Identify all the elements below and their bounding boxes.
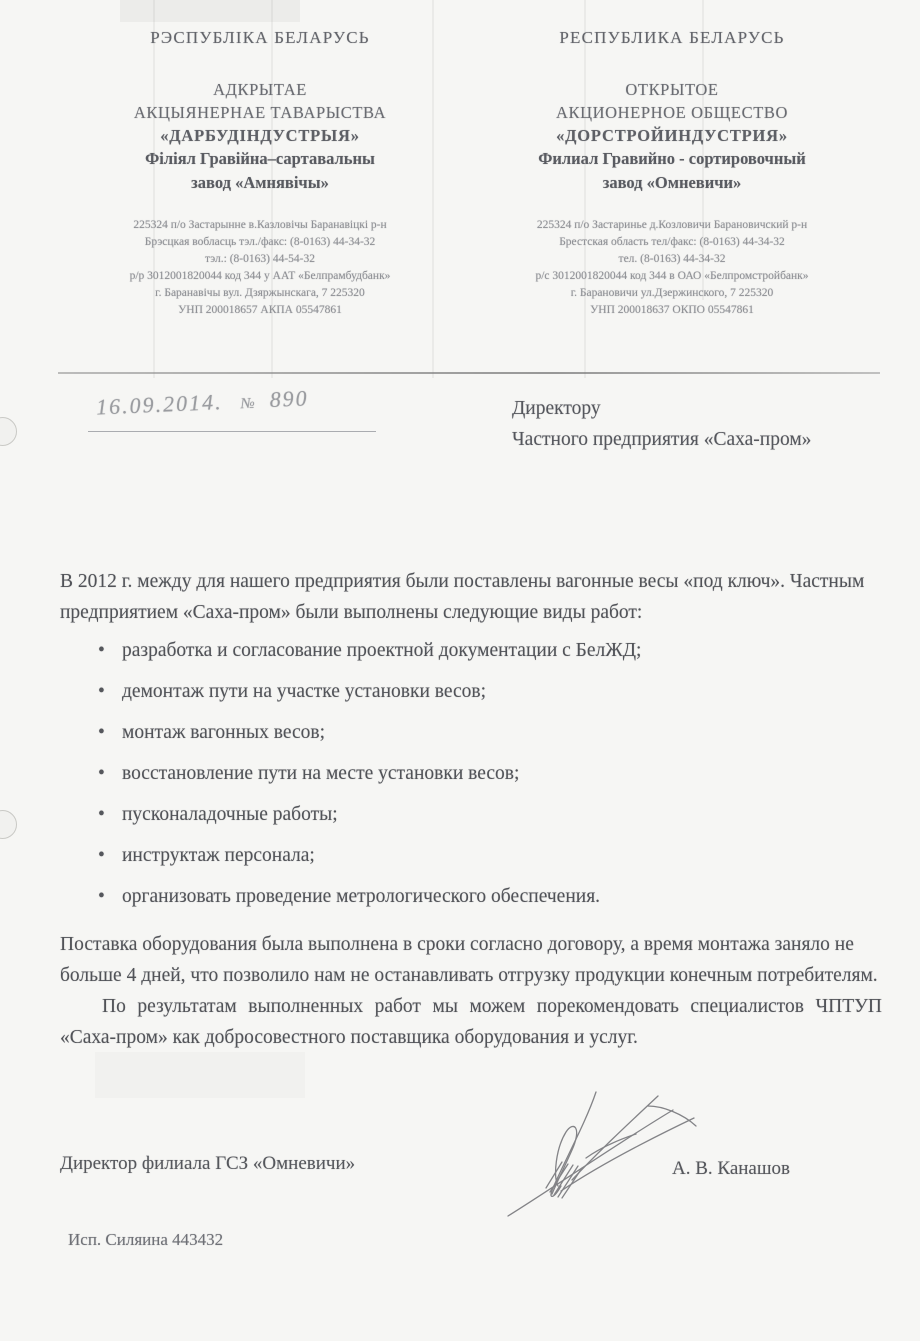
address-line: 225324 п/о Застарынне в.Казловічы Барана…	[60, 217, 460, 234]
works-list-item: инструктаж персонала;	[122, 841, 882, 871]
country-title-ru: РЕСПУБЛИКА БЕЛАРУСЬ	[462, 28, 882, 48]
address-line: УНП 200018657 АКПА 05547861	[60, 302, 460, 319]
letterhead-russian: РЕСПУБЛИКА БЕЛАРУСЬ ОТКРЫТОЕ АКЦИОНЕРНОЕ…	[462, 28, 882, 319]
handwritten-signature	[498, 1088, 708, 1223]
address-line: 225324 п/о Застаринье д.Козловичи Барано…	[462, 217, 882, 234]
letterhead-belarusian: РЭСПУБЛІКА БЕЛАРУСЬ АДКРЫТАЕ АКЦЫЯНЕРНАЕ…	[60, 28, 460, 319]
body-paragraph-2: Поставка оборудования была выполнена в с…	[60, 929, 882, 991]
signatory-name: А. В. Канашов	[672, 1158, 790, 1180]
address-line: тел. (8-0163) 44-34-32	[462, 251, 882, 268]
ref-underline	[88, 431, 376, 432]
number-sign: №	[240, 396, 256, 413]
works-list: разработка и согласование проектной доку…	[60, 636, 882, 912]
header-divider-line	[58, 372, 880, 374]
works-list-item: монтаж вагонных весов;	[122, 718, 882, 748]
org-name: «ДАРБУДІНДУСТРЫЯ»	[60, 124, 460, 147]
works-list-item: разработка и согласование проектной доку…	[122, 636, 882, 666]
address-line: р/р 3012001820044 код 344 у ААТ «Белпрам…	[60, 268, 460, 285]
punch-hole	[0, 810, 17, 839]
branch-name-line: завод «Омневичи»	[462, 171, 882, 195]
handwritten-date: 16.09.2014.	[96, 389, 223, 419]
works-list-item: восстановление пути на месте установки в…	[122, 759, 882, 789]
scan-artifact	[120, 0, 300, 22]
letter-body: В 2012 г. между для нашего предприятия б…	[60, 566, 882, 1053]
punch-hole	[0, 417, 17, 446]
handwritten-ref-line: 16.09.2014.№890	[96, 381, 397, 420]
body-paragraph-1: В 2012 г. между для нашего предприятия б…	[60, 566, 882, 628]
address-line: УНП 200018637 ОКПО 05547861	[462, 302, 882, 319]
works-list-item: организовать проведение метрологического…	[122, 882, 882, 912]
body-paragraph-3: По результатам выполненных работ мы може…	[60, 991, 882, 1053]
address-line: г. Барановичи ул.Дзержинского, 7 225320	[462, 285, 882, 302]
scanned-letter-page: РЭСПУБЛІКА БЕЛАРУСЬ АДКРЫТАЕ АКЦЫЯНЕРНАЕ…	[0, 0, 920, 1341]
works-list-item: пусконаладочные работы;	[122, 800, 882, 830]
address-block-by: 225324 п/о Застарынне в.Казловічы Барана…	[60, 217, 460, 319]
works-list-item: демонтаж пути на участке установки весов…	[122, 677, 882, 707]
branch-name-line: завод «Амнявічы»	[60, 171, 460, 195]
address-line: Брэсцкая вобласць тэл./факс: (8-0163) 44…	[60, 234, 460, 251]
handwritten-doc-number: 890	[269, 385, 309, 412]
branch-name-line: Філіял Гравійна–сартавальны	[60, 147, 460, 171]
org-type-line: ОТКРЫТОЕ	[462, 78, 882, 101]
addressee-title: Директору	[512, 393, 811, 424]
address-block-ru: 225324 п/о Застаринье д.Козловичи Барано…	[462, 217, 882, 319]
address-line: г. Баранавічы вул. Дзяржынскага, 7 22532…	[60, 285, 460, 302]
org-type-line: АКЦИОНЕРНОЕ ОБЩЕСТВО	[462, 101, 882, 124]
addressee-company: Частного предприятия «Саха-пром»	[512, 424, 811, 455]
address-line: р/с 3012001820044 код 344 в ОАО «Белпром…	[462, 268, 882, 285]
org-type-line: АКЦЫЯНЕРНАЕ ТАВАРЫСТВА	[60, 101, 460, 124]
org-name: «ДОРСТРОЙИНДУСТРИЯ»	[462, 124, 882, 147]
country-title-by: РЭСПУБЛІКА БЕЛАРУСЬ	[60, 28, 460, 48]
executor-note: Исп. Силяина 443432	[68, 1230, 223, 1250]
branch-name-line: Филиал Гравийно - сортировочный	[462, 147, 882, 171]
address-line: Брестская область тел/факс: (8-0163) 44-…	[462, 234, 882, 251]
addressee-block: Директору Частного предприятия «Саха-про…	[512, 393, 811, 455]
org-type-line: АДКРЫТАЕ	[60, 78, 460, 101]
signatory-position: Директор филиала ГСЗ «Омневичи»	[60, 1153, 355, 1175]
address-line: тэл.: (8-0163) 44-54-32	[60, 251, 460, 268]
scan-artifact	[95, 1052, 305, 1098]
